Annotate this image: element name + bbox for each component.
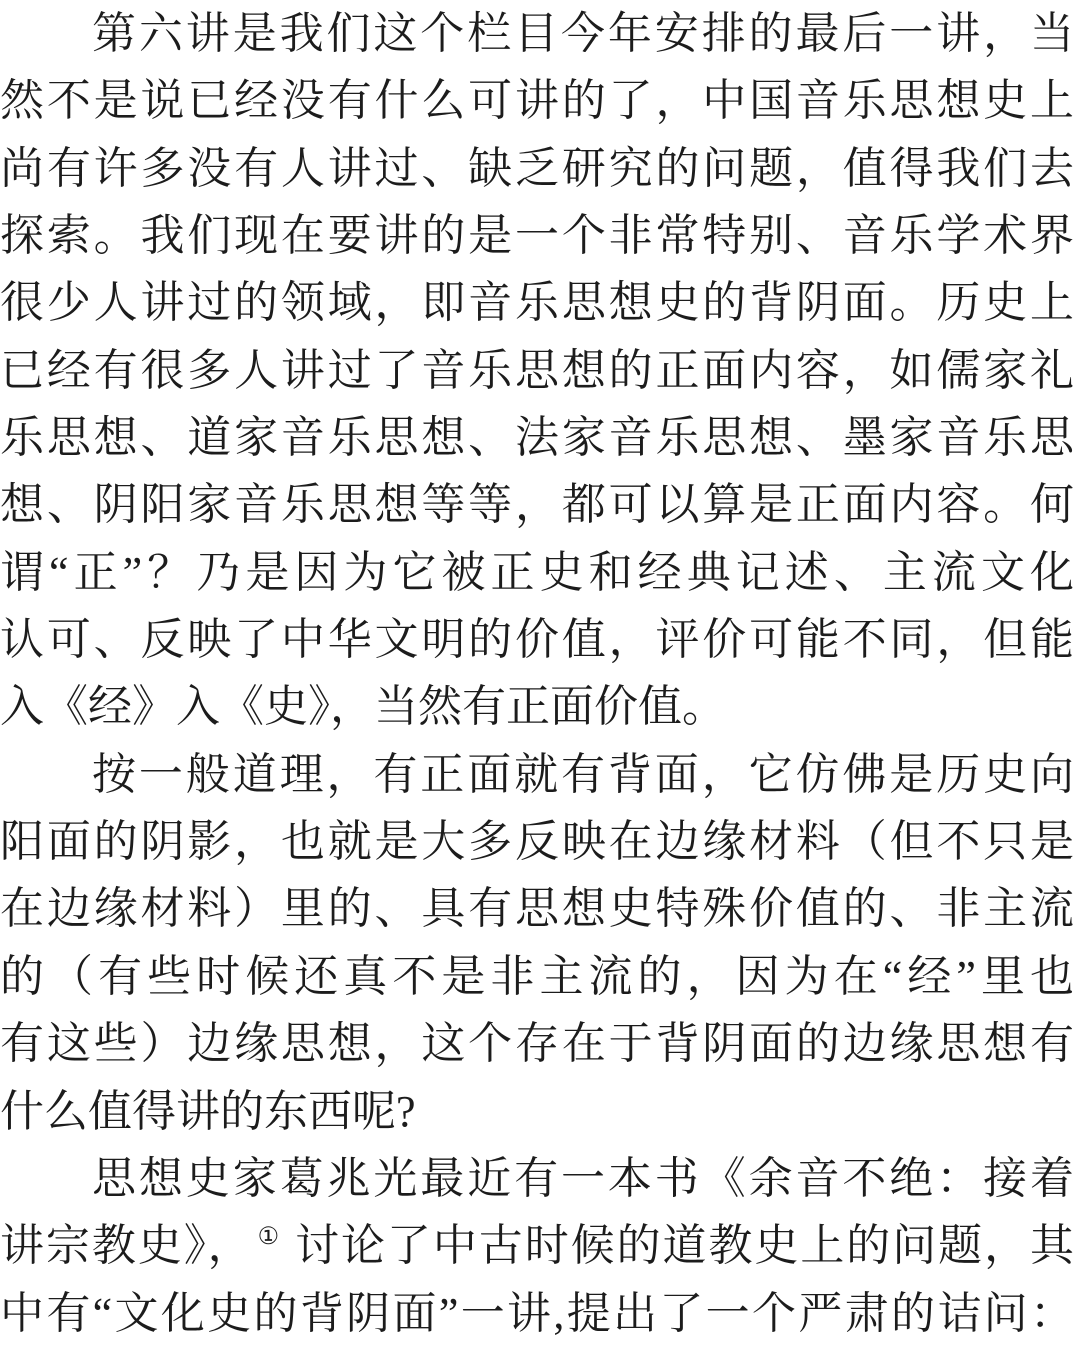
text-line: 思想史家葛兆光最近有一本书《余音不绝：接着 xyxy=(0,1145,1074,1212)
text-line: 想、阴阳家音乐思想等等，都可以算是正面内容。何 xyxy=(0,471,1074,538)
document-page: 第六讲是我们这个栏目今年安排的最后一讲，当 然不是说已经没有什么可讲的了，中国音… xyxy=(0,0,1074,1347)
text-line: 尚有许多没有人讲过、缺乏研究的问题，值得我们去 xyxy=(0,135,1074,202)
text-segment: 讲宗教史》， xyxy=(0,1221,254,1270)
text-line: 已经有很多人讲过了音乐思想的正面内容，如儒家礼 xyxy=(0,337,1074,404)
text-line: 探索。我们现在要讲的是一个非常特别、音乐学术界 xyxy=(0,202,1074,269)
text-line-with-footnote: 讲宗教史》，①讨论了中古时候的道教史上的问题，其 xyxy=(0,1212,1074,1279)
text-line: 第六讲是我们这个栏目今年安排的最后一讲，当 xyxy=(0,0,1074,67)
text-line: 的（有些时候还真不是非主流的，因为在“经”里也 xyxy=(0,943,1074,1010)
text-line: 有这些）边缘思想，这个存在于背阴面的边缘思想有 xyxy=(0,1010,1074,1077)
text-line: 谓“正”？乃是因为它被正史和经典记述、主流文化 xyxy=(0,539,1074,606)
text-line: 很少人讲过的领域，即音乐思想史的背阴面。历史上 xyxy=(0,269,1074,336)
text-line: 然不是说已经没有什么可讲的了，中国音乐思想史上 xyxy=(0,67,1074,134)
text-line: 认可、反映了中华文明的价值，评价可能不同，但能 xyxy=(0,606,1074,673)
text-line-paragraph-end: 入《经》入《史》，当然有正面价值。 xyxy=(0,673,1074,740)
text-line: 阳面的阴影，也就是大多反映在边缘材料（但不只是 xyxy=(0,808,1074,875)
text-line: 乐思想、道家音乐思想、法家音乐思想、墨家音乐思 xyxy=(0,404,1074,471)
text-line: 中有“文化史的背阴面”一讲,提出了一个严肃的诘问： xyxy=(0,1280,1074,1347)
text-line: 在边缘材料）里的、具有思想史特殊价值的、非主流 xyxy=(0,875,1074,942)
footnote-ref-1: ① xyxy=(258,1224,281,1250)
text-segment: 讨论了中古时候的道教史上的问题，其 xyxy=(295,1221,1074,1270)
text-line: 按一般道理，有正面就有背面，它仿佛是历史向 xyxy=(0,741,1074,808)
text-line-paragraph-end: 什么值得讲的东西呢? xyxy=(0,1078,1074,1145)
